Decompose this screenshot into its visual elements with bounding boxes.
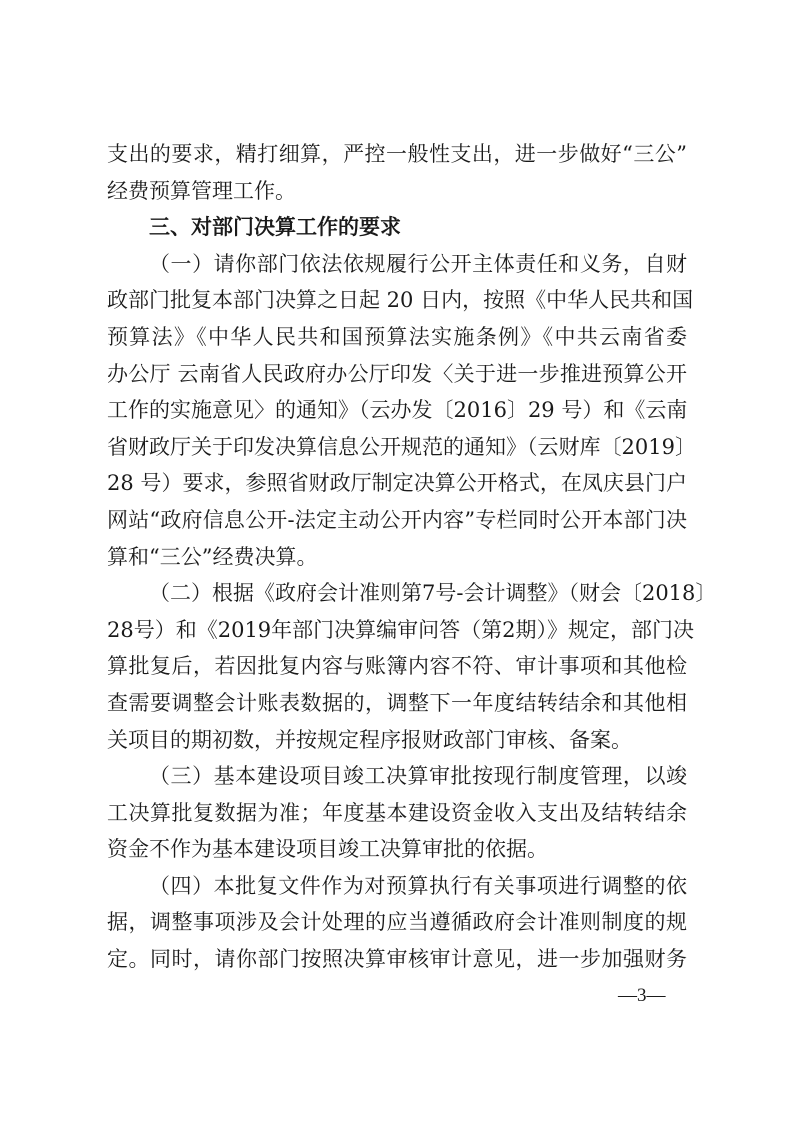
body-line: 预算法》《中华人民共和国预算法实施条例》《中共云南省委: [107, 319, 687, 356]
body-line: 定。同时，请你部门按照决算审核审计意见，进一步加强财务: [107, 941, 687, 978]
body-line: 据，调整事项涉及会计处理的应当遵循政府会计准则制度的规: [107, 904, 687, 941]
document-page: 支出的要求，精打细算，严控一般性支出，进一步做好“三公” 经费预算管理工作。 三…: [107, 136, 687, 978]
body-line: 28 号）要求，参照省财政厅制定决算公开格式，在凤庆县门户: [107, 465, 687, 502]
body-line: 算和“三公”经费决算。: [107, 539, 687, 576]
section-heading: 三、对部门决算工作的要求: [107, 209, 687, 246]
paragraph-start-line: （三）基本建设项目竣工决算审批按现行制度管理，以竣: [107, 758, 687, 795]
body-line: 工决算批复数据为准；年度基本建设资金收入支出及结转结余: [107, 795, 687, 832]
body-line: 查需要调整会计账表数据的，调整下一年度结转结余和其他相: [107, 685, 687, 722]
body-line: 关项目的期初数，并按规定程序报财政部门审核、备案。: [107, 722, 687, 759]
body-line: 省财政厅关于印发决算信息公开规范的通知》（云财库〔2019〕: [107, 429, 687, 466]
body-line: 28号）和《2019年部门决算编审问答（第2期）》规定，部门决: [107, 612, 687, 649]
body-line: 支出的要求，精打细算，严控一般性支出，进一步做好“三公”: [107, 136, 687, 173]
paragraph-start-line: （一）请你部门依法依规履行公开主体责任和义务，自财: [107, 246, 687, 283]
body-line: 资金不作为基本建设项目竣工决算审批的依据。: [107, 831, 687, 868]
body-line: 办公厅 云南省人民政府办公厅印发〈关于进一步推进预算公开: [107, 356, 687, 393]
body-line: 工作的实施意见〉的通知》（云办发〔2016〕29 号）和《云南: [107, 392, 687, 429]
paragraph-start-line: （二）根据《政府会计准则第7号-会计调整》（财会〔2018〕: [107, 575, 687, 612]
body-line: 网站“政府信息公开-法定主动公开内容”专栏同时公开本部门决: [107, 502, 687, 539]
body-line: 算批复后，若因批复内容与账簿内容不符、审计事项和其他检: [107, 648, 687, 685]
body-line: 经费预算管理工作。: [107, 173, 687, 210]
page-number: —3—: [618, 985, 666, 1007]
paragraph-start-line: （四）本批复文件作为对预算执行有关事项进行调整的依: [107, 868, 687, 905]
body-line: 政部门批复本部门决算之日起 20 日内，按照《中华人民共和国: [107, 282, 687, 319]
